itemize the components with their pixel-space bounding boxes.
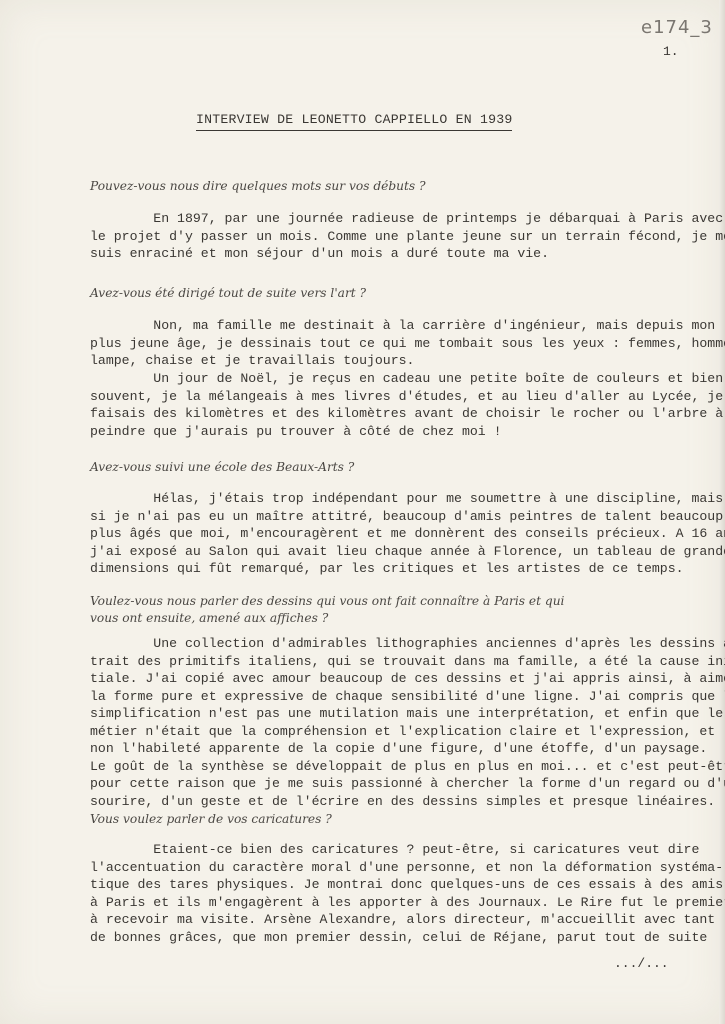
answer-5-paragraph-1: Etaient-ce bien des caricatures ? peut-ê…	[90, 841, 725, 946]
document-page: e174_3 1. INTERVIEW DE LEONETTO CAPPIELL…	[0, 0, 725, 1024]
question-1: Pouvez-vous nous dire quelques mots sur …	[90, 178, 426, 195]
question-3: Avez-vous suivi une école des Beaux-Arts…	[90, 459, 354, 476]
question-2: Avez-vous été dirigé tout de suite vers …	[90, 285, 366, 302]
answer-2-paragraph-1: Non, ma famille me destinait à la carriè…	[90, 317, 725, 370]
question-5: Vous voulez parler de vos caricatures ?	[90, 811, 332, 828]
document-title: INTERVIEW DE LEONETTO CAPPIELLO EN 1939	[196, 112, 512, 131]
page-number: 1.	[663, 44, 679, 59]
answer-2-paragraph-2: Un jour de Noël, je reçus en cadeau une …	[90, 370, 723, 440]
archive-reference: e174_3	[641, 17, 713, 38]
continuation-mark: .../...	[614, 956, 669, 971]
answer-1-paragraph-1: En 1897, par une journée radieuse de pri…	[90, 210, 725, 263]
question-4: Voulez-vous nous parler des dessins qui …	[90, 593, 564, 627]
answer-4-paragraph-1: Une collection d'admirables lithographie…	[90, 635, 725, 810]
answer-3-paragraph-1: Hélas, j'étais trop indépendant pour me …	[90, 490, 725, 578]
